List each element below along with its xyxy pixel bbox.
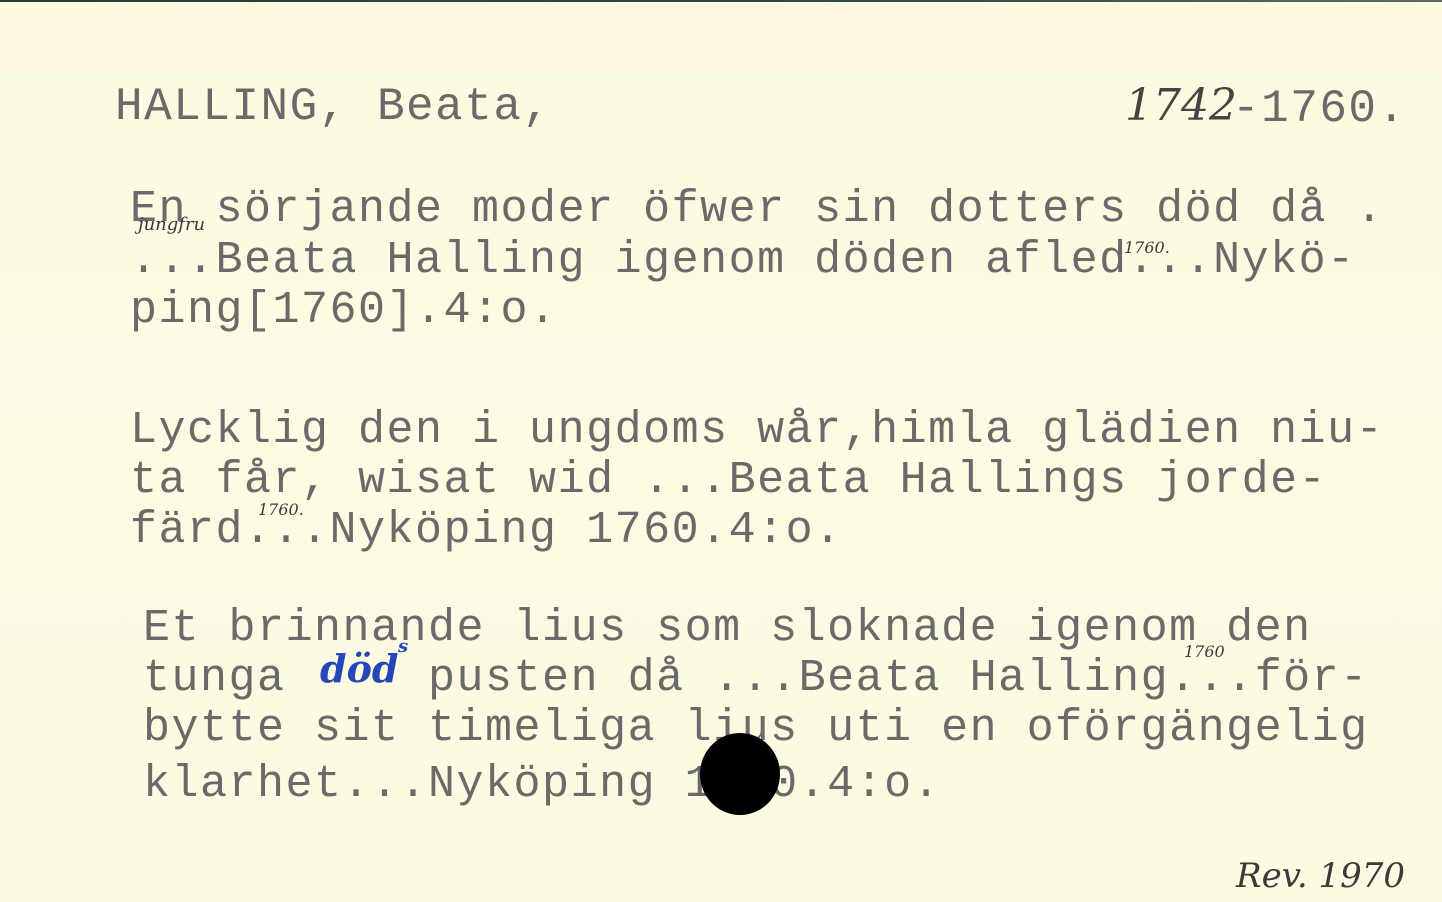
entry-line: klarhet...Nyköping 1760.4:o. [143, 762, 941, 807]
card-heading-name: HALLING, Beata, [115, 84, 552, 130]
entry-line: ...Beata Halling igenom döden afled...Ny… [130, 238, 1356, 283]
death-year: -1760. [1232, 86, 1407, 132]
entry-line: ping[1760].4:o. [130, 288, 558, 333]
punch-hole [700, 733, 780, 815]
entry-line: ta får, wisat wid ...Beata Hallings jord… [130, 458, 1327, 503]
stamp-dod: död [320, 646, 399, 691]
revision-note: Rev. 1970 [1236, 856, 1405, 896]
entry-line: färd...Nyköping 1760.4:o. [130, 508, 843, 553]
handwritten-year: 1760. [258, 500, 304, 519]
stamp-superscript: s [398, 636, 408, 657]
entry-line: Et brinnande lius som sloknade igenom de… [143, 606, 1312, 651]
handwritten-year: 1760 [1184, 642, 1225, 661]
birth-year-handwritten: 1742 [1125, 80, 1237, 131]
entry-line: Lycklig den i ungdoms wår,himla glädien … [130, 408, 1384, 453]
handwritten-year: 1760. [1124, 238, 1170, 257]
handwritten-jungfru: jungfru [138, 214, 205, 235]
card-top-edge [0, 0, 1442, 2]
entry-line: En sörjande moder öfwer sin dotters död … [130, 187, 1384, 232]
catalog-card: HALLING, Beata, 1742 -1760. En sörjande … [0, 0, 1442, 902]
